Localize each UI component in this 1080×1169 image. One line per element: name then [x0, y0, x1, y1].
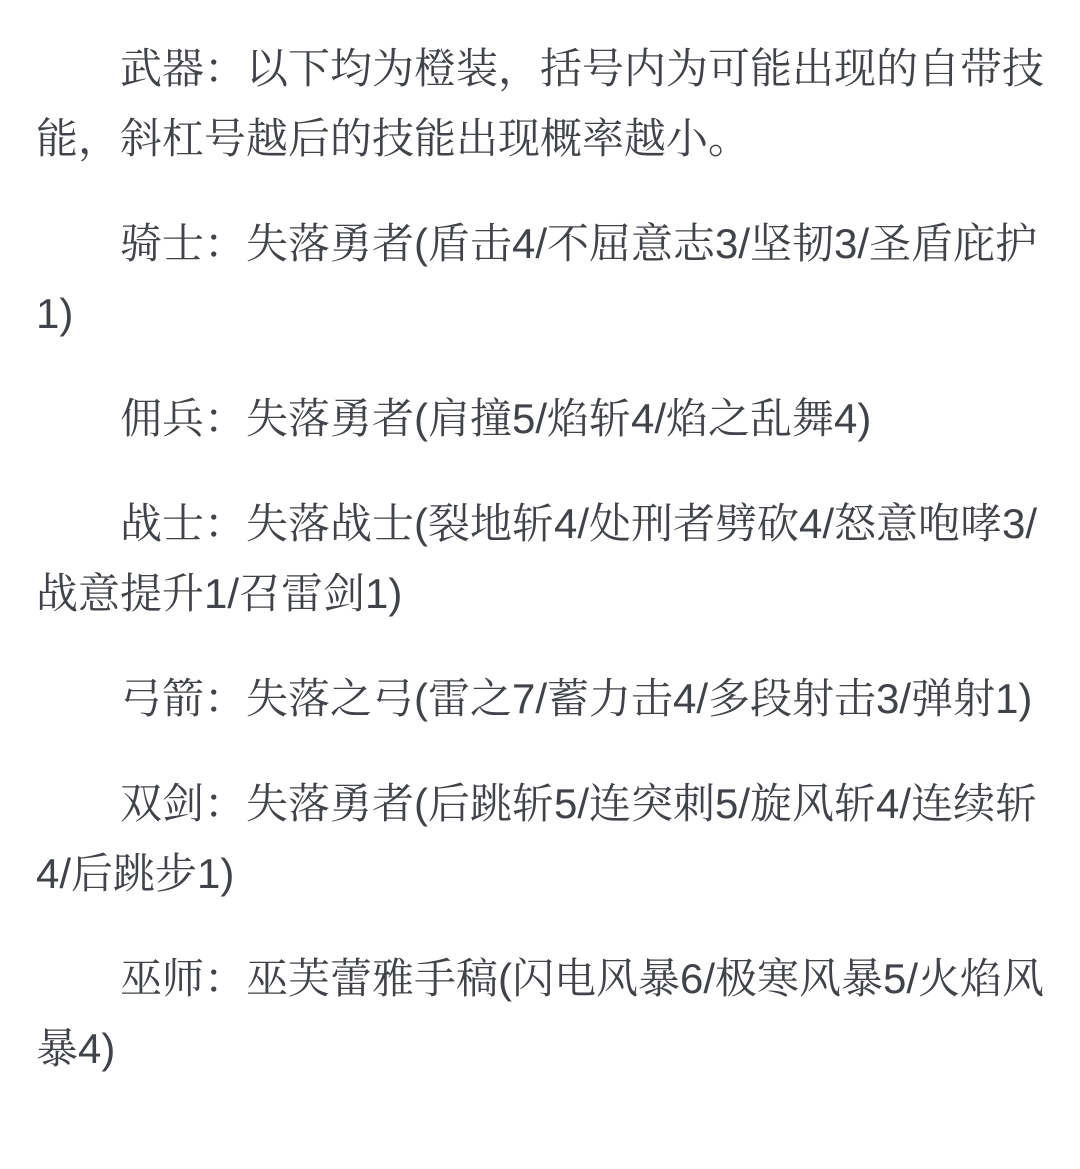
paragraph-knight-weapon: 骑士：失落勇者(盾击4/不屈意志3/坚韧3/圣盾庇护1) [36, 209, 1050, 349]
paragraph-archer-weapon: 弓箭：失落之弓(雷之7/蓄力击4/多段射击3/弹射1) [36, 664, 1050, 734]
paragraph-weapons-intro: 武器：以下均为橙装，括号内为可能出现的自带技能，斜杠号越后的技能出现概率越小。 [36, 34, 1050, 174]
paragraph-warrior-weapon: 战士：失落战士(裂地斩4/处刑者劈砍4/怒意咆哮3/战意提升1/召雷剑1) [36, 489, 1050, 629]
page: { "theme": { "background_color": "#fffff… [0, 0, 1080, 1169]
paragraph-wizard-weapon: 巫师：巫芙蕾雅手稿(闪电风暴6/极寒风暴5/火焰风暴4) [36, 944, 1050, 1084]
paragraph-dualblade-weapon: 双剑：失落勇者(后跳斩5/连突刺5/旋风斩4/连续斩4/后跳步1) [36, 769, 1050, 909]
article-body: 武器：以下均为橙装，括号内为可能出现的自带技能，斜杠号越后的技能出现概率越小。 … [0, 0, 1080, 1084]
paragraph-mercenary-weapon: 佣兵：失落勇者(肩撞5/焰斩4/焰之乱舞4) [36, 384, 1050, 454]
